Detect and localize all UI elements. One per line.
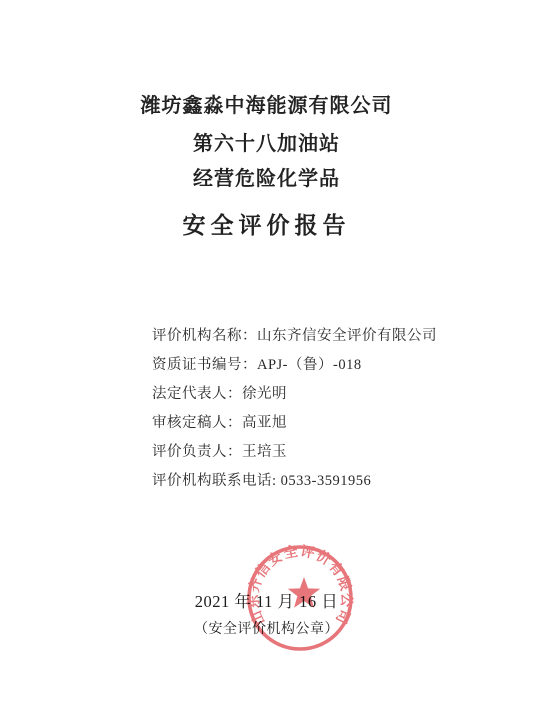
seal-company-text: 山东齐信安全评价有限公司 (245, 543, 355, 628)
seal-star-icon (288, 577, 320, 608)
certificate-number-line: 资质证书编号：APJ-（鲁）-018 (152, 351, 437, 380)
business-scope-title: 经营危险化学品 (0, 168, 533, 190)
evaluation-leader-line: 评价负责人：王培玉 (152, 438, 437, 467)
agency-phone-line: 评价机构联系电话: 0533-3591956 (152, 467, 437, 496)
station-name-title: 第六十八加油站 (0, 133, 533, 155)
company-name-title: 潍坊鑫淼中海能源有限公司 (0, 95, 533, 117)
final-reviewer-line: 审核定稿人：高亚旭 (152, 409, 437, 438)
report-type-title: 安全评价报告 (0, 213, 533, 238)
agency-info-block: 评价机构名称：山东齐信安全评价有限公司 资质证书编号：APJ-（鲁）-018 法… (152, 322, 437, 496)
legal-representative-line: 法定代表人：徐光明 (152, 380, 437, 409)
agency-name-line: 评价机构名称：山东齐信安全评价有限公司 (152, 322, 437, 351)
company-seal-stamp: 山东齐信安全评价有限公司 (242, 540, 358, 656)
report-cover-page: 潍坊鑫淼中海能源有限公司 第六十八加油站 经营危险化学品 安全评价报告 评价机构… (0, 0, 533, 714)
